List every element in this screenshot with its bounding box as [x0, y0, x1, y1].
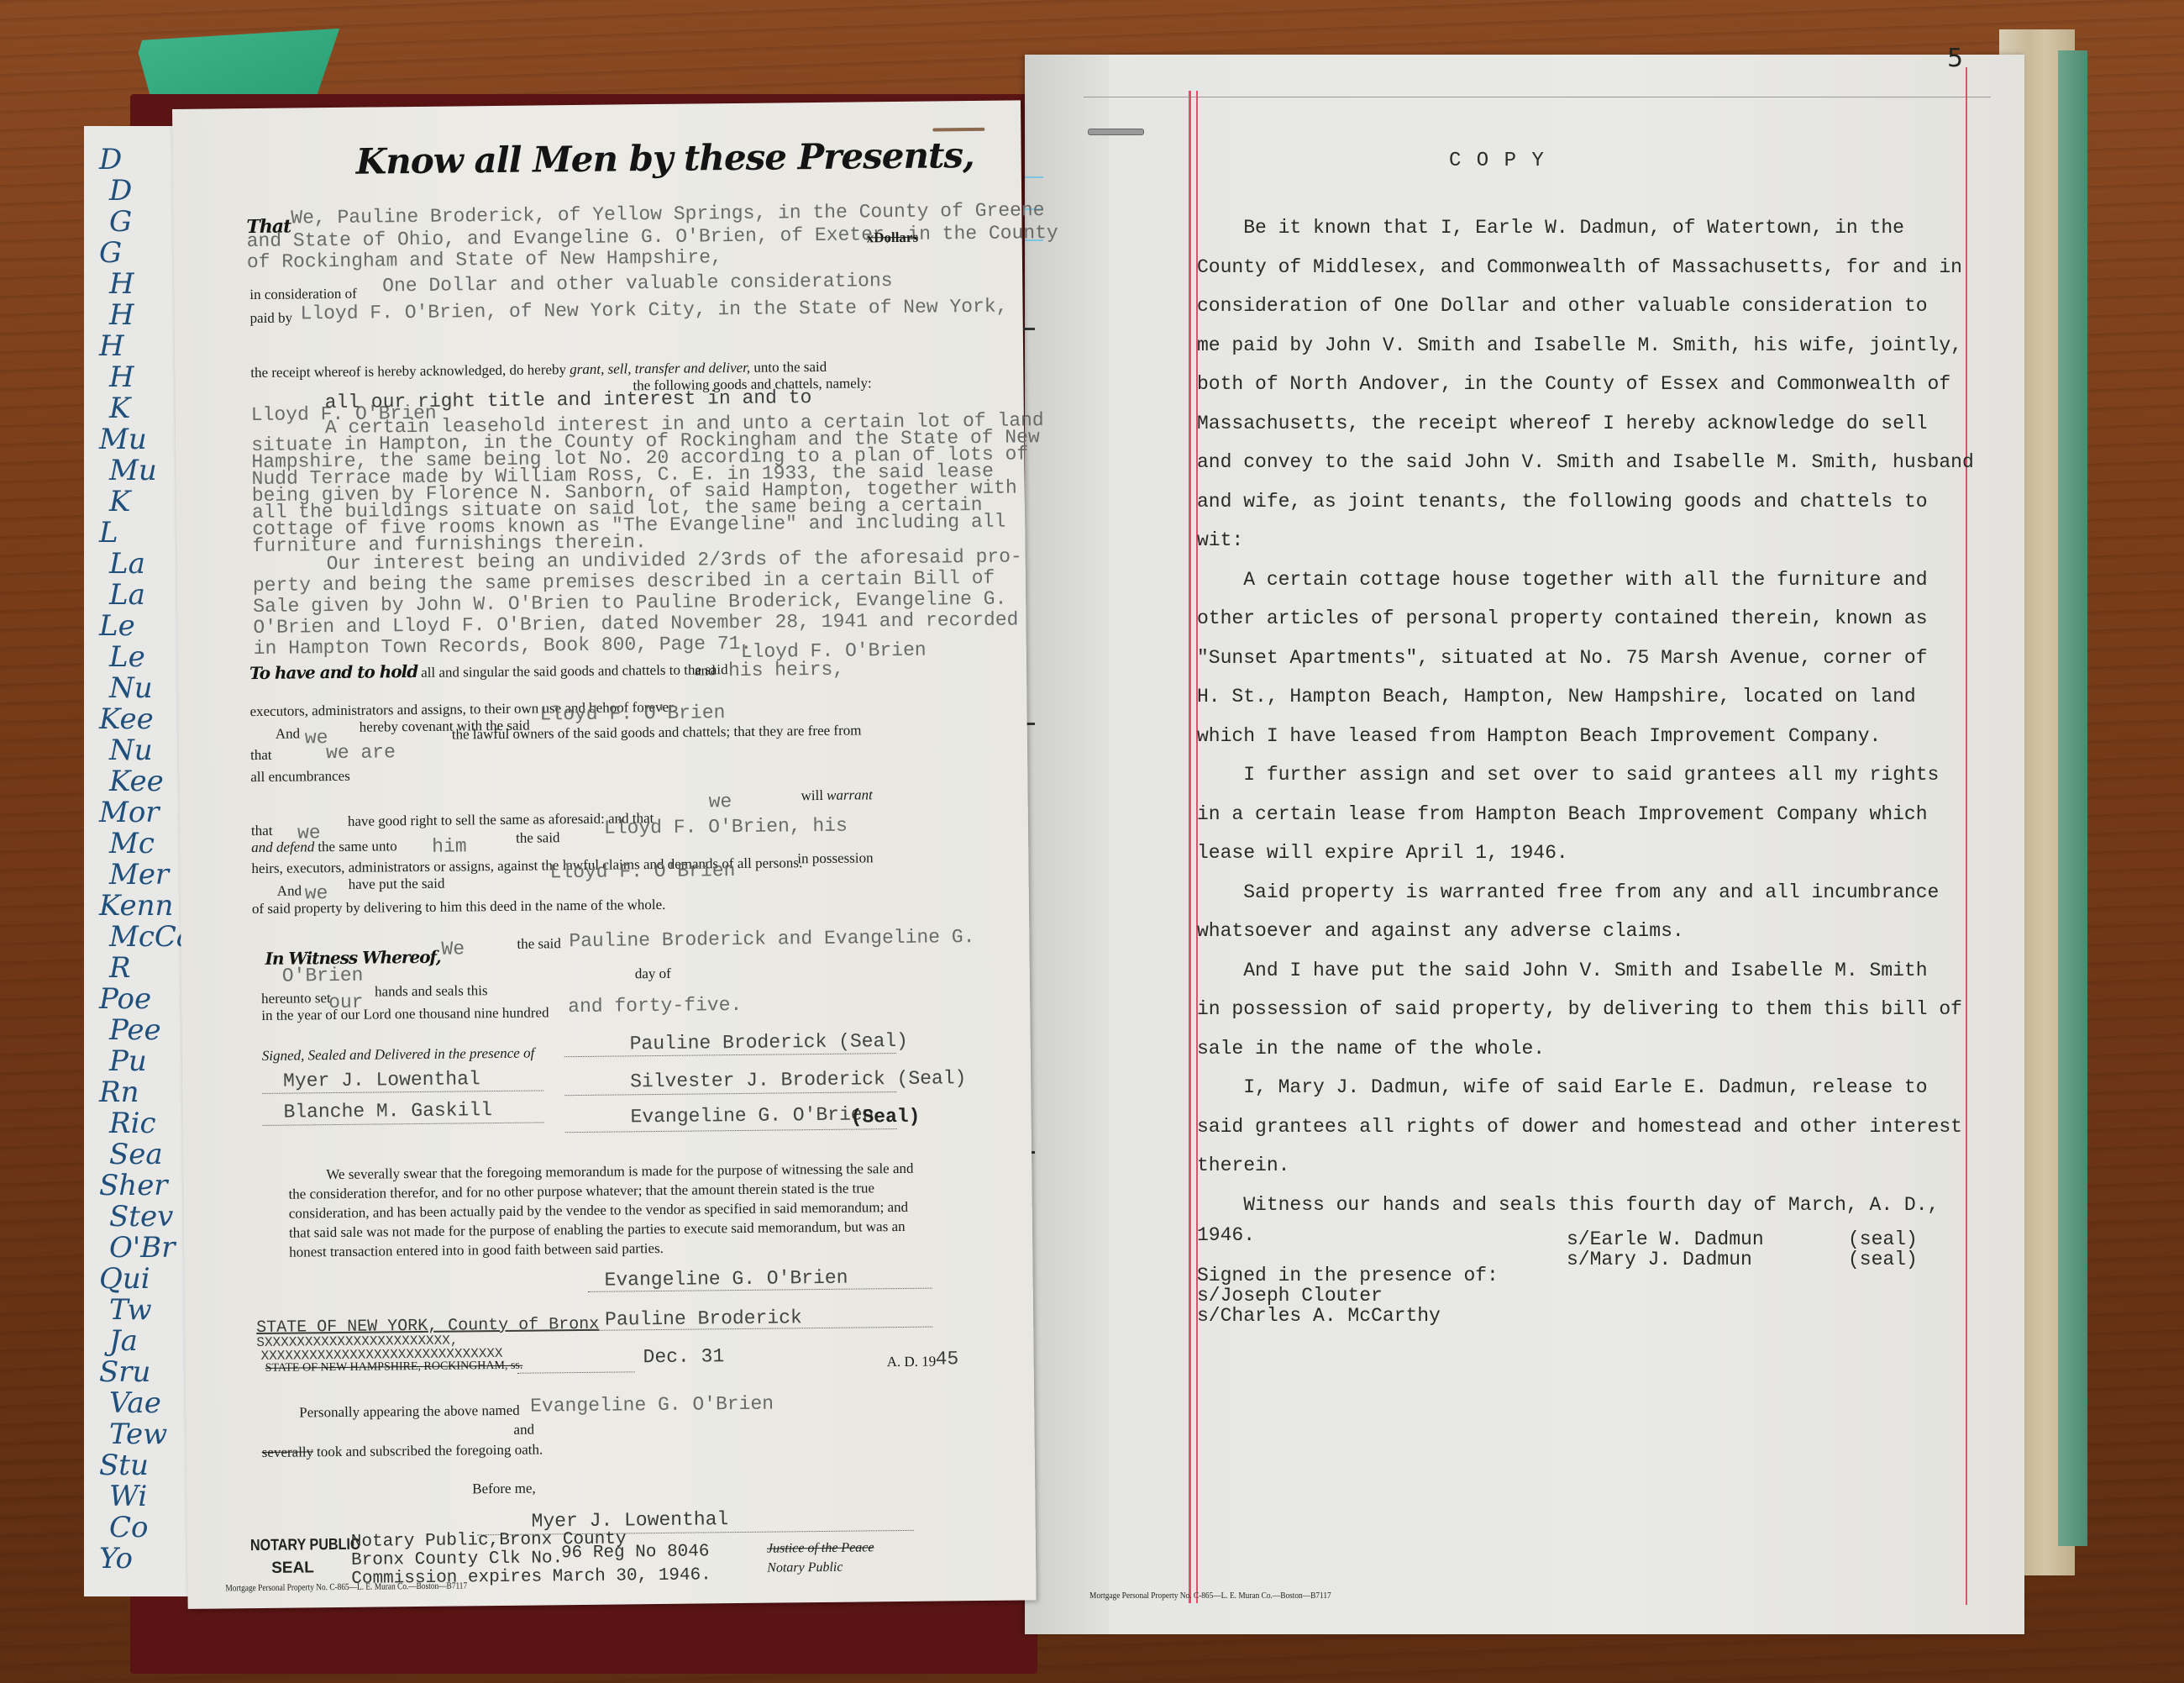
- justice-label-struck: Justice of the Peace: [767, 1540, 874, 1556]
- paid-by-value: Lloyd F. O'Brien, of New York City, in t…: [300, 296, 1007, 325]
- handwritten-entry: Le: [109, 640, 145, 674]
- and-label: And: [277, 882, 302, 899]
- text-line: and wife, as joint tenants, the followin…: [1197, 491, 1928, 513]
- ruled-top-line: [1084, 97, 1991, 97]
- page-number: 5: [1947, 44, 1963, 73]
- date-rule: [517, 1371, 635, 1373]
- handwritten-entry: H: [109, 298, 134, 332]
- text-line: said grantees all rights of dower and ho…: [1197, 1116, 1962, 1138]
- notary-seal-label: SEAL: [271, 1559, 314, 1578]
- defend-clause: and defend the same unto: [251, 838, 397, 856]
- handwritten-entry: Mc: [109, 827, 155, 860]
- appearing-name: Evangeline G. O'Brien: [530, 1393, 774, 1417]
- document-title: Know all Men by these Presents,: [355, 134, 974, 182]
- handwritten-entry: O'Br: [109, 1231, 175, 1265]
- handwritten-entry: L: [99, 516, 118, 550]
- venue-year: 45: [935, 1348, 958, 1370]
- in-possession-label: in possession: [797, 849, 873, 867]
- warrant-clause: will warrant: [801, 786, 872, 804]
- hands-text: hands and seals this: [375, 982, 488, 1000]
- before-me-label: Before me,: [472, 1481, 536, 1498]
- delivering-text: of said property by delivering to him th…: [252, 897, 666, 918]
- grantor-signature: Silvester J. Broderick (Seal): [630, 1067, 967, 1092]
- left-page: Know all Men by these Presents, That We,…: [172, 100, 1037, 1608]
- handwritten-entry: Kenn: [99, 889, 173, 923]
- seal-label: (seal): [1848, 1228, 1918, 1250]
- lawful-owner-text: the lawful owners of the said goods and …: [452, 722, 862, 743]
- defend-grantee: Lloyd F. O'Brien, his: [604, 815, 848, 839]
- that-label: that: [251, 823, 273, 839]
- handwritten-entry: K: [109, 485, 130, 518]
- handwritten-entry: Vae: [109, 1386, 161, 1420]
- we-value: we: [709, 791, 732, 813]
- text-line: A certain cottage house together with al…: [1197, 569, 1928, 591]
- ad-label: A. D. 19: [887, 1354, 937, 1371]
- dollars-label: xDollars: [867, 229, 919, 247]
- green-bookmark-tab: [134, 29, 340, 101]
- text-line: Massachusetts, the receipt whereof I her…: [1197, 413, 1928, 434]
- receipt-text: unto the said: [753, 359, 827, 376]
- said-label: the said: [516, 829, 560, 847]
- ledger-line: [1025, 176, 1043, 178]
- handwritten-entry: Ric: [109, 1107, 156, 1140]
- handwritten-entry: Mu: [109, 454, 157, 487]
- will-label: will: [801, 787, 823, 803]
- handwritten-entry: Qui: [99, 1262, 150, 1296]
- text-line: honest transaction entered into in good …: [289, 1240, 664, 1261]
- handwritten-entry: H: [109, 267, 134, 301]
- handwritten-entry: Wi: [109, 1480, 147, 1513]
- year-text: in the year of our Lord one thousand nin…: [261, 1004, 549, 1024]
- we-value: we: [305, 727, 328, 749]
- text-line: in possession of said property, by deliv…: [1197, 998, 1962, 1020]
- text-line: wit:: [1197, 529, 1243, 551]
- notary-signature: Myer J. Lowenthal: [531, 1508, 728, 1532]
- text-line: and convey to the said John V. Smith and…: [1197, 451, 1974, 473]
- handwritten-entry: D: [109, 174, 132, 208]
- habendum-clause: To have and to hold all and singular the…: [249, 658, 728, 683]
- notary-stamp: NOTARY PUBLIC: [250, 1536, 360, 1555]
- text-line: I further assign and set over to said gr…: [1197, 764, 1939, 786]
- handwritten-entry: Rn: [99, 1076, 139, 1109]
- text-line: Said property is warranted free from any…: [1197, 881, 1939, 903]
- handwritten-entry: Stev: [109, 1200, 173, 1233]
- text-line: other articles of personal property cont…: [1197, 607, 1928, 629]
- handwritten-entry: Mu: [99, 423, 147, 456]
- signature-line: s/Mary J. Dadmun: [1567, 1249, 1752, 1270]
- handwritten-entry: Tw: [109, 1293, 152, 1327]
- that-label: that: [250, 747, 272, 764]
- habendum-text: all and singular the said goods and chat…: [421, 661, 728, 681]
- handwritten-entry: La: [109, 578, 145, 612]
- presence-label: Signed in the presence of:: [1197, 1265, 1499, 1286]
- and-label: and: [513, 1422, 534, 1438]
- handwritten-entry: Kee: [109, 765, 164, 798]
- defend-label: and defend: [251, 839, 314, 855]
- notary-public-label: Notary Public: [767, 1560, 843, 1576]
- handwritten-index-entries: DDGGHHHHKMuMuKLLaLaLeLeNuKeeNuKeeMorMcMe…: [91, 143, 183, 1588]
- grantors-line: of Rockingham and State of New Hampshire…: [247, 246, 722, 273]
- text-line: consideration of One Dollar and other va…: [1197, 295, 1928, 317]
- handwritten-entry: K: [109, 392, 130, 425]
- text-line: sale in the name of the whole.: [1197, 1038, 1545, 1060]
- handwritten-entry: Nu: [109, 671, 153, 705]
- handwritten-entry: H: [109, 360, 134, 394]
- receipt-text: the receipt whereof is hereby acknowledg…: [250, 361, 566, 381]
- handwritten-entry: Sru: [99, 1355, 150, 1389]
- grant-words: grant, sell, transfer and deliver,: [570, 360, 750, 377]
- seal-label: (Seal): [850, 1106, 920, 1128]
- grantor-signature: Pauline Broderick (Seal): [630, 1030, 909, 1055]
- handwritten-entry: Sea: [109, 1138, 163, 1171]
- oath-signature: Pauline Broderick: [605, 1307, 802, 1330]
- text-line: lease will expire April 1, 1946.: [1197, 842, 1568, 864]
- handwritten-entry: D: [99, 143, 122, 176]
- margin-rule-right: [1966, 67, 1967, 1605]
- handwritten-entry: Pee: [109, 1013, 161, 1047]
- and-label: And: [276, 725, 300, 742]
- we-are-value: we are: [326, 741, 396, 764]
- consideration-label: in consideration of: [249, 286, 357, 303]
- paid-by-label: paid by: [250, 310, 293, 328]
- staple-icon: [1088, 129, 1144, 135]
- handwritten-entry: Le: [99, 609, 135, 643]
- we-value: We: [441, 938, 465, 960]
- heirs-value: his heirs,: [728, 659, 844, 681]
- handwritten-entry: Stu: [99, 1449, 149, 1482]
- handwritten-entry: Kee: [99, 702, 154, 736]
- day-of-label: day of: [635, 965, 671, 982]
- page-gutter: [1025, 55, 1109, 1634]
- venue-date: Dec. 31: [643, 1345, 724, 1368]
- him-value: him: [432, 835, 467, 857]
- date-year: 1946.: [1197, 1224, 1255, 1246]
- text-line: Witness our hands and seals this fourth …: [1197, 1194, 1939, 1216]
- handwritten-entry: Co: [109, 1511, 148, 1544]
- handwritten-entry: Poe: [99, 982, 151, 1016]
- text-line: H. St., Hampton Beach, Hampton, New Hamp…: [1197, 686, 1916, 707]
- witness-names: O'Brien: [282, 965, 364, 987]
- handwritten-entry: Yo: [99, 1542, 133, 1575]
- text-line: in a certain lease from Hampton Beach Im…: [1197, 803, 1928, 825]
- handwritten-entry: Ja: [109, 1324, 138, 1358]
- signature-rule: [564, 1091, 896, 1096]
- witness-names: Pauline Broderick and Evangeline G.: [569, 926, 974, 952]
- handwritten-entry: Nu: [109, 734, 153, 767]
- hereunto-text: hereunto set: [261, 990, 331, 1007]
- text-line: whatsoever and against any adverse claim…: [1197, 920, 1684, 942]
- margin-rule: [1189, 91, 1191, 1603]
- defend-text: the same unto: [318, 838, 397, 855]
- witness-line: s/Charles A. McCarthy: [1197, 1305, 1441, 1327]
- handwritten-entry: Tew: [109, 1417, 167, 1451]
- overtyped-phrase: all our right title and interest in and …: [325, 387, 812, 413]
- signature-line: s/Earle W. Dadmun: [1567, 1228, 1764, 1250]
- possession-text: have put the said: [349, 876, 445, 893]
- handwritten-entry: R: [109, 951, 131, 985]
- text-line: which I have leased from Hampton Beach I…: [1197, 725, 1881, 747]
- witness-signature: Blanche M. Gaskill: [283, 1099, 492, 1123]
- oath-signature: Evangeline G. O'Brien: [604, 1267, 848, 1291]
- grantor-signature: Evangeline G. O'Brien: [630, 1103, 874, 1128]
- habendum-label: To have and to hold: [249, 661, 417, 683]
- handwritten-entry: Sher: [99, 1169, 168, 1202]
- binding-tick: [1023, 328, 1035, 330]
- handwritten-entry: La: [109, 547, 145, 581]
- green-divider-edge: [2058, 50, 2087, 1546]
- text-line: in Hampton Town Records, Book 800, Page …: [254, 633, 753, 660]
- text-line: And I have put the said John V. Smith an…: [1197, 960, 1928, 981]
- text-line: "Sunset Apartments", situated at No. 75 …: [1197, 647, 1928, 669]
- signature-rule: [565, 1128, 897, 1133]
- handwritten-entry: McCa: [109, 920, 183, 954]
- consideration-value: One Dollar and other valuable considerat…: [382, 270, 893, 297]
- covenant-grantee: Lloyd F. O'Brien: [539, 702, 725, 725]
- seal-label: (seal): [1848, 1249, 1918, 1270]
- possession-grantee: Lloyd F. O'Brien: [549, 860, 735, 883]
- handwritten-entry: H: [99, 329, 124, 363]
- witness-line: s/Joseph Clouter: [1197, 1285, 1383, 1307]
- staple-hole-icon: [932, 128, 984, 132]
- text-line: County of Middlesex, and Commonwealth of…: [1197, 256, 1962, 278]
- appearing-text: Personally appearing the above named: [299, 1402, 520, 1422]
- venue-printed: STATE OF NEW HAMPSHIRE, ROCKINGHAM, ss.: [265, 1360, 523, 1375]
- struck-word: severally: [262, 1444, 314, 1460]
- handwritten-entry: Pu: [109, 1044, 147, 1078]
- form-footer: Mortgage Personal Property No. C-865—L. …: [1089, 1591, 1331, 1601]
- handwritten-entry: G: [99, 236, 122, 270]
- handwritten-entry: Mer: [109, 858, 169, 891]
- oath-taken-text: took and subscribed the foregoing oath.: [317, 1441, 543, 1459]
- text-line: I, Mary J. Dadmun, wife of said Earle E.…: [1197, 1076, 1928, 1098]
- and-label: and: [695, 662, 716, 679]
- handwritten-entry: Mor: [99, 796, 160, 829]
- text-line: therein.: [1197, 1154, 1289, 1176]
- text-line: Be it known that I, Earle W. Dadmun, of …: [1197, 217, 1904, 239]
- copy-heading: C O P Y: [1449, 150, 1546, 172]
- encumbrances-text: all encumbrances: [250, 768, 350, 786]
- signed-label: Signed, Sealed and Delivered in the pres…: [262, 1045, 535, 1065]
- form-footer: Mortgage Personal Property No. C-865—L. …: [225, 1580, 467, 1593]
- text-line: me paid by John V. Smith and Isabelle M.…: [1197, 334, 1962, 356]
- oath-taken-line: severally took and subscribed the forego…: [262, 1441, 543, 1461]
- said-label: the said: [517, 935, 561, 953]
- text-line: both of North Andover, in the County of …: [1197, 373, 1950, 395]
- text-line: that said sale was not made for the purp…: [289, 1218, 906, 1242]
- handwritten-entry: G: [109, 205, 132, 239]
- warrant-label: warrant: [827, 786, 873, 803]
- year-value: and forty-five.: [568, 994, 742, 1018]
- notary-reg-number: 96 Reg No 8046: [561, 1542, 710, 1563]
- witness-signature: Myer J. Lowenthal: [283, 1068, 480, 1091]
